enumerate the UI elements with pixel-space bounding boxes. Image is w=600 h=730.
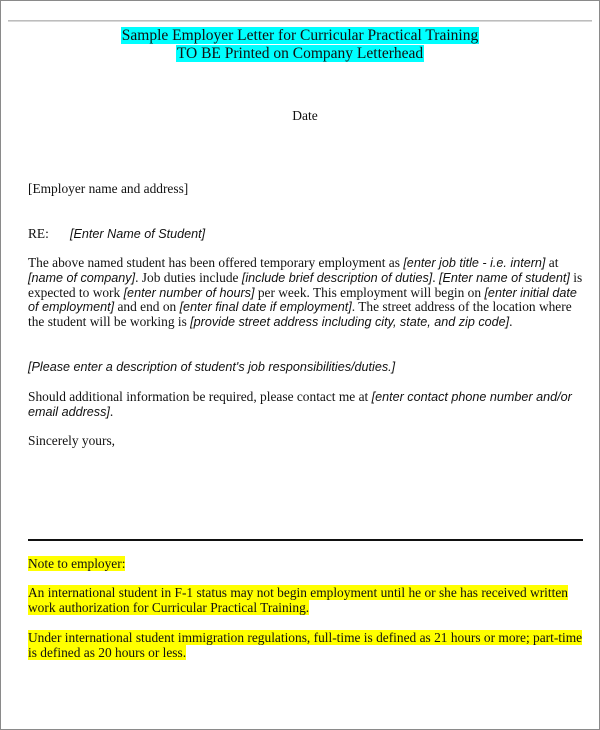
document-title: Sample Employer Letter for Curricular Pr… bbox=[0, 27, 600, 63]
duties-placeholder: [include brief description of duties] bbox=[242, 271, 432, 285]
text: at bbox=[545, 255, 558, 270]
contact-paragraph: Should additional information be require… bbox=[28, 390, 584, 420]
responsibilities-placeholder: [Please enter a description of student's… bbox=[28, 360, 584, 375]
text: . bbox=[509, 314, 512, 329]
re-line: RE:[Enter Name of Student] bbox=[28, 227, 584, 242]
date-label: Date bbox=[0, 108, 600, 124]
student-name-placeholder: [Enter Name of Student] bbox=[70, 227, 205, 241]
text: . Job duties include bbox=[135, 270, 242, 285]
note-heading: Note to employer: bbox=[28, 556, 588, 571]
text: per week. This employment will begin on bbox=[254, 285, 484, 300]
end-date-placeholder: [enter final date if employment] bbox=[180, 300, 352, 314]
note-paragraph-2-text: Under international student immigration … bbox=[28, 630, 582, 660]
divider-line bbox=[28, 539, 583, 541]
re-label: RE: bbox=[28, 227, 70, 242]
title-line-2: TO BE Printed on Company Letterhead bbox=[176, 45, 424, 62]
note-heading-text: Note to employer: bbox=[28, 556, 125, 571]
note-paragraph-1: An international student in F-1 status m… bbox=[28, 585, 588, 615]
text: . bbox=[432, 270, 439, 285]
student-name-placeholder: [Enter name of student] bbox=[439, 271, 570, 285]
company-name-placeholder: [name of company] bbox=[28, 271, 135, 285]
job-title-placeholder: [enter job title - i.e. intern] bbox=[403, 256, 545, 270]
text: The above named student has been offered… bbox=[28, 255, 403, 270]
employer-address-placeholder: [Employer name and address] bbox=[28, 182, 584, 197]
text: Should additional information be require… bbox=[28, 389, 372, 404]
offer-paragraph: The above named student has been offered… bbox=[28, 256, 584, 330]
page-top-border bbox=[8, 20, 592, 22]
closing: Sincerely yours, bbox=[28, 434, 584, 449]
note-paragraph-1-text: An international student in F-1 status m… bbox=[28, 585, 568, 615]
text: . bbox=[110, 404, 113, 419]
address-placeholder: [provide street address including city, … bbox=[190, 315, 509, 329]
hours-placeholder: [enter number of hours] bbox=[124, 286, 255, 300]
title-line-1: Sample Employer Letter for Curricular Pr… bbox=[121, 27, 479, 44]
text: and end on bbox=[114, 299, 179, 314]
note-paragraph-2: Under international student immigration … bbox=[28, 630, 588, 660]
